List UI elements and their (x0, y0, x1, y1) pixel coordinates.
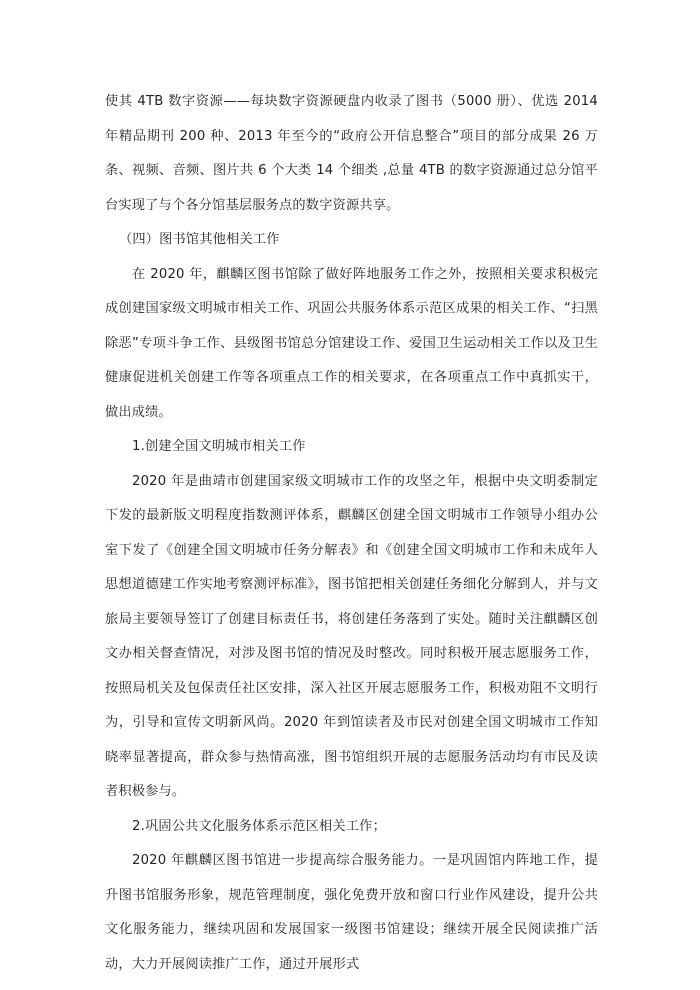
subsection-heading-civilized-city: 1.创建全国文明城市相关工作 (105, 430, 598, 465)
paragraph-digital-resources: 使其 4TB 数字资源——每块数字资源硬盘内收录了图书（5000 册）、优选 2… (105, 85, 598, 223)
paragraph-civilized-city: 2020 年是曲靖市创建国家级文明城市工作的攻坚之年，根据中央文明委制定下发的最… (105, 465, 598, 810)
paragraph-2020-overview: 在 2020 年，麒麟区图书馆除了做好阵地服务工作之外，按照相关要求积极完成创建… (105, 258, 598, 431)
paragraph-public-culture: 2020 年麒麟区图书馆进一步提高综合服务能力。一是巩固馆内阵地工作，提升图书馆… (105, 844, 598, 982)
subsection-heading-public-culture: 2.巩固公共文化服务体系示范区相关工作； (105, 810, 598, 845)
document-page: 使其 4TB 数字资源——每块数字资源硬盘内收录了图书（5000 册）、优选 2… (105, 85, 598, 982)
section-heading-other-work: （四）图书馆其他相关工作 (105, 223, 598, 258)
